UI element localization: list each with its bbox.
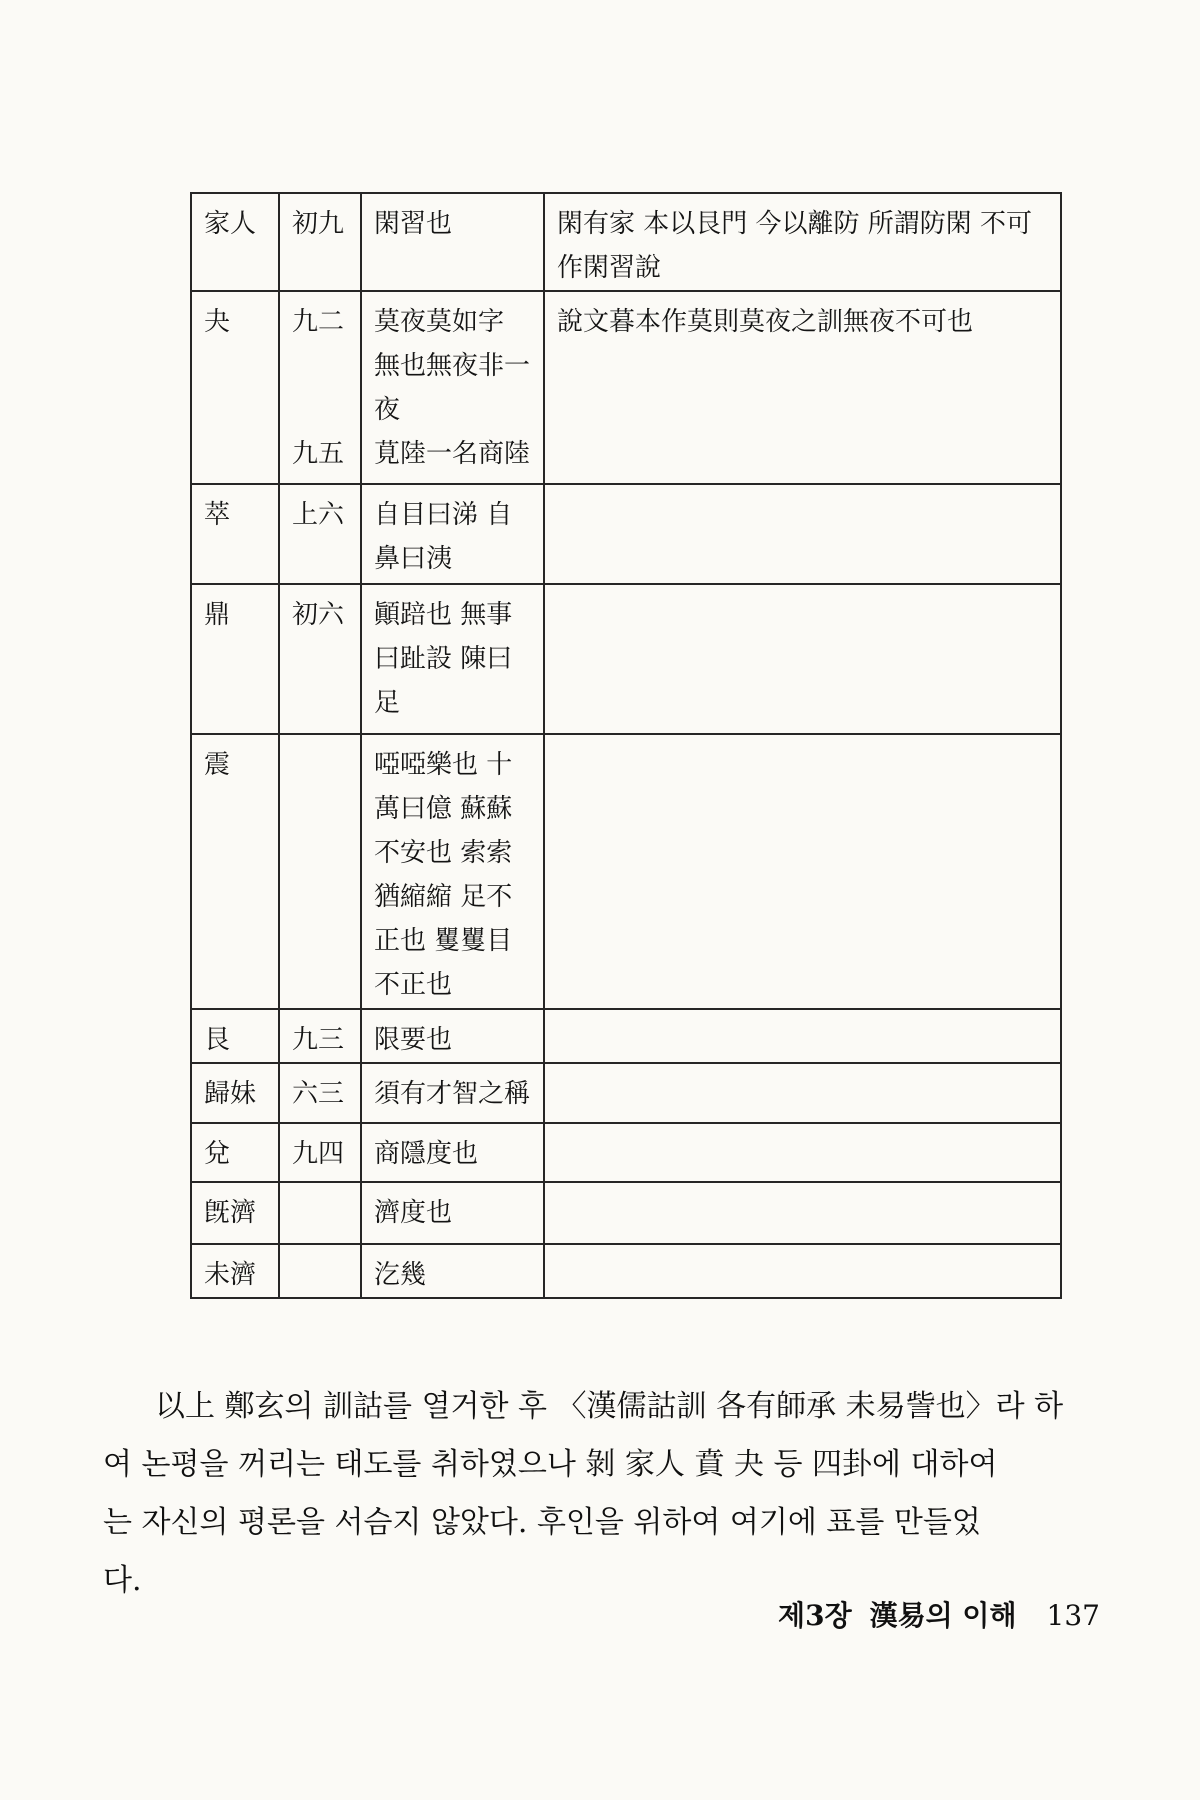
hexagram-cell: 鼎 (191, 584, 279, 734)
line-position-cell (279, 1244, 361, 1298)
line-position-cell: 九二 九五 (279, 291, 361, 484)
commentary-paragraph: 以上 鄭玄의 訓詁를 열거한 후 〈漢儒詁訓 各有師承 未易訾也〉라 하 여 논… (103, 1378, 1133, 1610)
table-row: 家人 初九 閑習也 閑有家 本以艮門 今以離防 所謂防閑 不可 作閑習說 (191, 193, 1061, 291)
line-position-cell: 九四 (279, 1123, 361, 1182)
gloss-cell: 汔幾 (361, 1244, 544, 1298)
line-position-cell (279, 734, 361, 1009)
page-footer: 제3장 漢易의 이해 137 (778, 1596, 1100, 1636)
line-position-cell: 九三 (279, 1009, 361, 1063)
chapter-label: 제3장 (778, 1596, 852, 1636)
line-position-cell: 上六 (279, 484, 361, 584)
gloss-cell: 濟度也 (361, 1182, 544, 1244)
hexagram-cell: 旣濟 (191, 1182, 279, 1244)
gloss-cell: 須有才智之稱 (361, 1063, 544, 1123)
gloss-cell: 莫夜莫如字 無也無夜非一 夜 莧陸一名商陸 (361, 291, 544, 484)
table-row: 艮 九三 限要也 (191, 1009, 1061, 1063)
table-row: 未濟 汔幾 (191, 1244, 1061, 1298)
comment-cell (544, 1123, 1061, 1182)
line-position-cell: 初六 (279, 584, 361, 734)
line-position-cell: 初九 (279, 193, 361, 291)
comment-cell (544, 484, 1061, 584)
line-position-cell: 六三 (279, 1063, 361, 1123)
hexagram-cell: 艮 (191, 1009, 279, 1063)
comment-cell: 閑有家 本以艮門 今以離防 所謂防閑 不可 作閑習說 (544, 193, 1061, 291)
gloss-cell: 啞啞樂也 十 萬曰億 蘇蘇 不安也 索索 猶縮縮 足不 正也 矍矍目 不正也 (361, 734, 544, 1009)
hexagram-cell: 未濟 (191, 1244, 279, 1298)
hexagram-cell: 兌 (191, 1123, 279, 1182)
table-row: 夬 九二 九五 莫夜莫如字 無也無夜非一 夜 莧陸一名商陸 說文暮本作莫則莫夜之… (191, 291, 1061, 484)
line-position-cell (279, 1182, 361, 1244)
table-row: 萃 上六 自目曰涕 自 鼻曰洟 (191, 484, 1061, 584)
gloss-cell: 商隱度也 (361, 1123, 544, 1182)
comment-cell: 說文暮本作莫則莫夜之訓無夜不可也 (544, 291, 1061, 484)
hexagram-cell: 震 (191, 734, 279, 1009)
comment-cell (544, 584, 1061, 734)
gloss-cell: 閑習也 (361, 193, 544, 291)
hexagram-cell: 歸妹 (191, 1063, 279, 1123)
hexagram-cell: 家人 (191, 193, 279, 291)
comment-cell (544, 1063, 1061, 1123)
chapter-title: 漢易의 이해 (870, 1596, 1017, 1636)
comment-cell (544, 1244, 1061, 1298)
comment-cell (544, 1009, 1061, 1063)
comment-cell (544, 1182, 1061, 1244)
gloss-cell: 顚踣也 無事 曰趾設 陳曰 足 (361, 584, 544, 734)
gloss-cell: 限要也 (361, 1009, 544, 1063)
page-number: 137 (1047, 1596, 1100, 1636)
zhengxuan-gloss-table: 家人 初九 閑習也 閑有家 本以艮門 今以離防 所謂防閑 不可 作閑習說 夬 九… (190, 192, 1062, 1299)
table-row: 兌 九四 商隱度也 (191, 1123, 1061, 1182)
table-row: 歸妹 六三 須有才智之稱 (191, 1063, 1061, 1123)
hexagram-cell: 夬 (191, 291, 279, 484)
comment-cell (544, 734, 1061, 1009)
table-row: 旣濟 濟度也 (191, 1182, 1061, 1244)
table-row: 鼎 初六 顚踣也 無事 曰趾設 陳曰 足 (191, 584, 1061, 734)
gloss-cell: 自目曰涕 自 鼻曰洟 (361, 484, 544, 584)
table-row: 震 啞啞樂也 十 萬曰億 蘇蘇 不安也 索索 猶縮縮 足不 正也 矍矍目 不正也 (191, 734, 1061, 1009)
hexagram-cell: 萃 (191, 484, 279, 584)
